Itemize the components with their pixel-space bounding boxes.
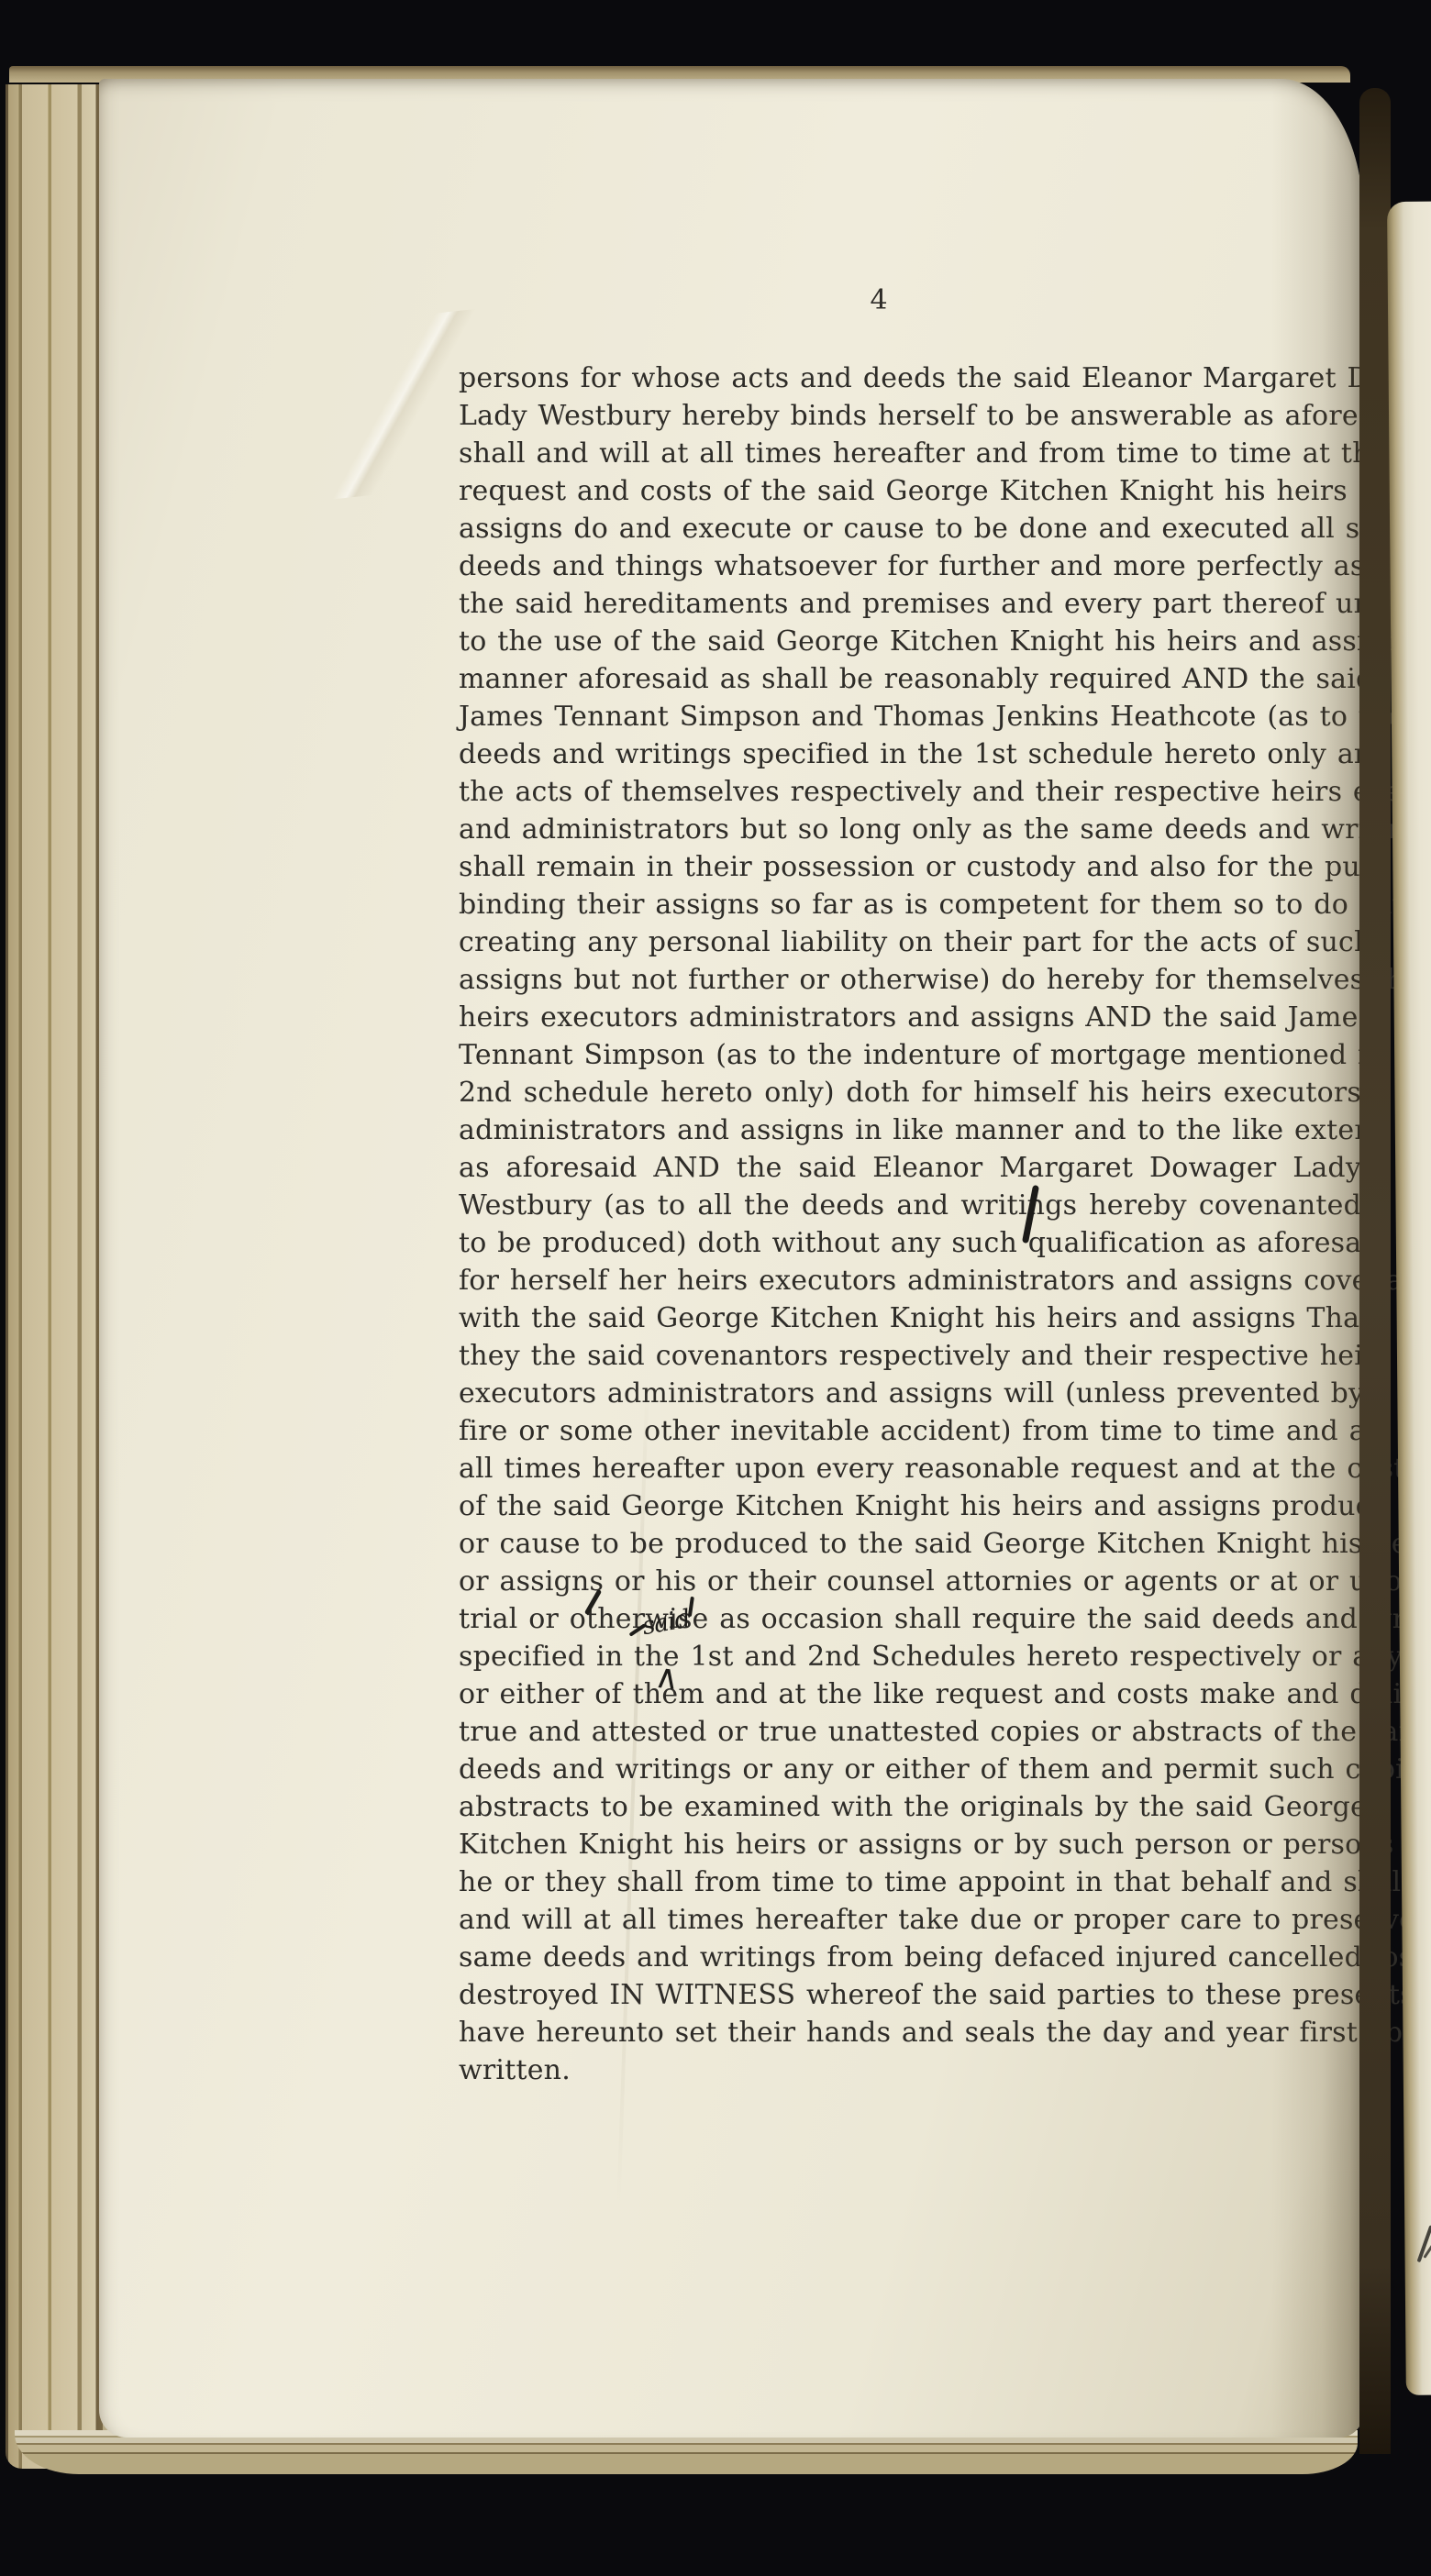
text-line: all times hereafter upon every reasonabl… bbox=[459, 1450, 1361, 1487]
text-line: of the said George Kitchen Knight his he… bbox=[459, 1487, 1361, 1525]
text-line: administrators and assigns in like manne… bbox=[459, 1111, 1361, 1149]
text-line: creating any personal liability on their… bbox=[459, 923, 1361, 961]
text-line: deeds and writings specified in the 1st … bbox=[459, 735, 1361, 773]
text-line: binding their assigns so far as is compe… bbox=[459, 886, 1361, 923]
text-line: executors administrators and assigns wil… bbox=[459, 1375, 1361, 1412]
text-line: have hereunto set their hands and seals … bbox=[459, 2014, 1361, 2051]
text-line: fire or some other inevitable accident) … bbox=[459, 1412, 1361, 1450]
next-page-edge bbox=[1387, 202, 1431, 2395]
text-line: assigns do and execute or cause to be do… bbox=[459, 510, 1361, 547]
text-line: the acts of themselves respectively and … bbox=[459, 773, 1361, 811]
text-line: they the said covenantors respectively a… bbox=[459, 1337, 1361, 1375]
text-line: Westbury (as to all the deeds and writin… bbox=[459, 1187, 1361, 1224]
text-line: request and costs of the said George Kit… bbox=[459, 472, 1361, 510]
text-line: shall remain in their possession or cust… bbox=[459, 848, 1361, 886]
text-line: deeds and things whatsoever for further … bbox=[459, 547, 1361, 585]
book-gutter-shadow bbox=[1359, 88, 1391, 2454]
text-line: assigns but not further or otherwise) do… bbox=[459, 961, 1361, 999]
text-line: to be produced) doth without any such qu… bbox=[459, 1224, 1361, 1262]
pen-mark-annotation bbox=[1417, 2225, 1431, 2262]
text-line: he or they shall from time to time appoi… bbox=[459, 1863, 1361, 1901]
page-edge-stack-left bbox=[6, 84, 110, 2469]
text-line: Kitchen Knight his heirs or assigns or b… bbox=[459, 1826, 1361, 1863]
text-line: abstracts to be examined with the origin… bbox=[459, 1788, 1361, 1826]
text-line: deeds and writings or any or either of t… bbox=[459, 1751, 1361, 1788]
text-line: with the said George Kitchen Knight his … bbox=[459, 1299, 1361, 1337]
document-text: persons for whose acts and deeds the sai… bbox=[459, 359, 1361, 2089]
text-line: and administrators but so long only as t… bbox=[459, 811, 1361, 848]
text-line: to the use of the said George Kitchen Kn… bbox=[459, 623, 1361, 660]
page-number: 4 bbox=[842, 284, 915, 316]
text-line: heirs executors administrators and assig… bbox=[459, 999, 1361, 1036]
text-line: for herself her heirs executors administ… bbox=[459, 1262, 1361, 1299]
text-line: Tennant Simpson (as to the indenture of … bbox=[459, 1036, 1361, 1074]
text-line: true and attested or true unattested cop… bbox=[459, 1713, 1361, 1751]
text-line: shall and will at all times hereafter an… bbox=[459, 435, 1361, 472]
text-line: as aforesaid AND the said Eleanor Margar… bbox=[459, 1149, 1361, 1187]
book-page: 4 persons for whose acts and deeds the s… bbox=[99, 79, 1363, 2438]
text-line: trial or otherwise as occasion shall req… bbox=[459, 1600, 1361, 1638]
text-line: 2nd schedule hereto only) doth for himse… bbox=[459, 1074, 1361, 1111]
text-line: manner aforesaid as shall be reasonably … bbox=[459, 660, 1361, 698]
text-line: persons for whose acts and deeds the sai… bbox=[459, 359, 1361, 397]
text-line: or either of them and at the like reques… bbox=[459, 1675, 1361, 1713]
insertion-caret-icon: ∧ bbox=[653, 1661, 681, 1697]
text-line: same deeds and writings from being defac… bbox=[459, 1939, 1361, 1976]
text-line: specified in the 1st and 2nd Schedules h… bbox=[459, 1638, 1361, 1675]
text-line: Lady Westbury hereby binds herself to be… bbox=[459, 397, 1361, 435]
text-line: James Tennant Simpson and Thomas Jenkins… bbox=[459, 698, 1361, 735]
text-line: written. bbox=[459, 2051, 1361, 2089]
text-line: destroyed IN WITNESS whereof the said pa… bbox=[459, 1976, 1361, 2014]
text-line: and will at all times hereafter take due… bbox=[459, 1901, 1361, 1939]
text-line: or cause to be produced to the said Geor… bbox=[459, 1525, 1361, 1563]
text-line: the said hereditaments and premises and … bbox=[459, 585, 1361, 623]
book-photo: 4 persons for whose acts and deeds the s… bbox=[0, 0, 1431, 2576]
